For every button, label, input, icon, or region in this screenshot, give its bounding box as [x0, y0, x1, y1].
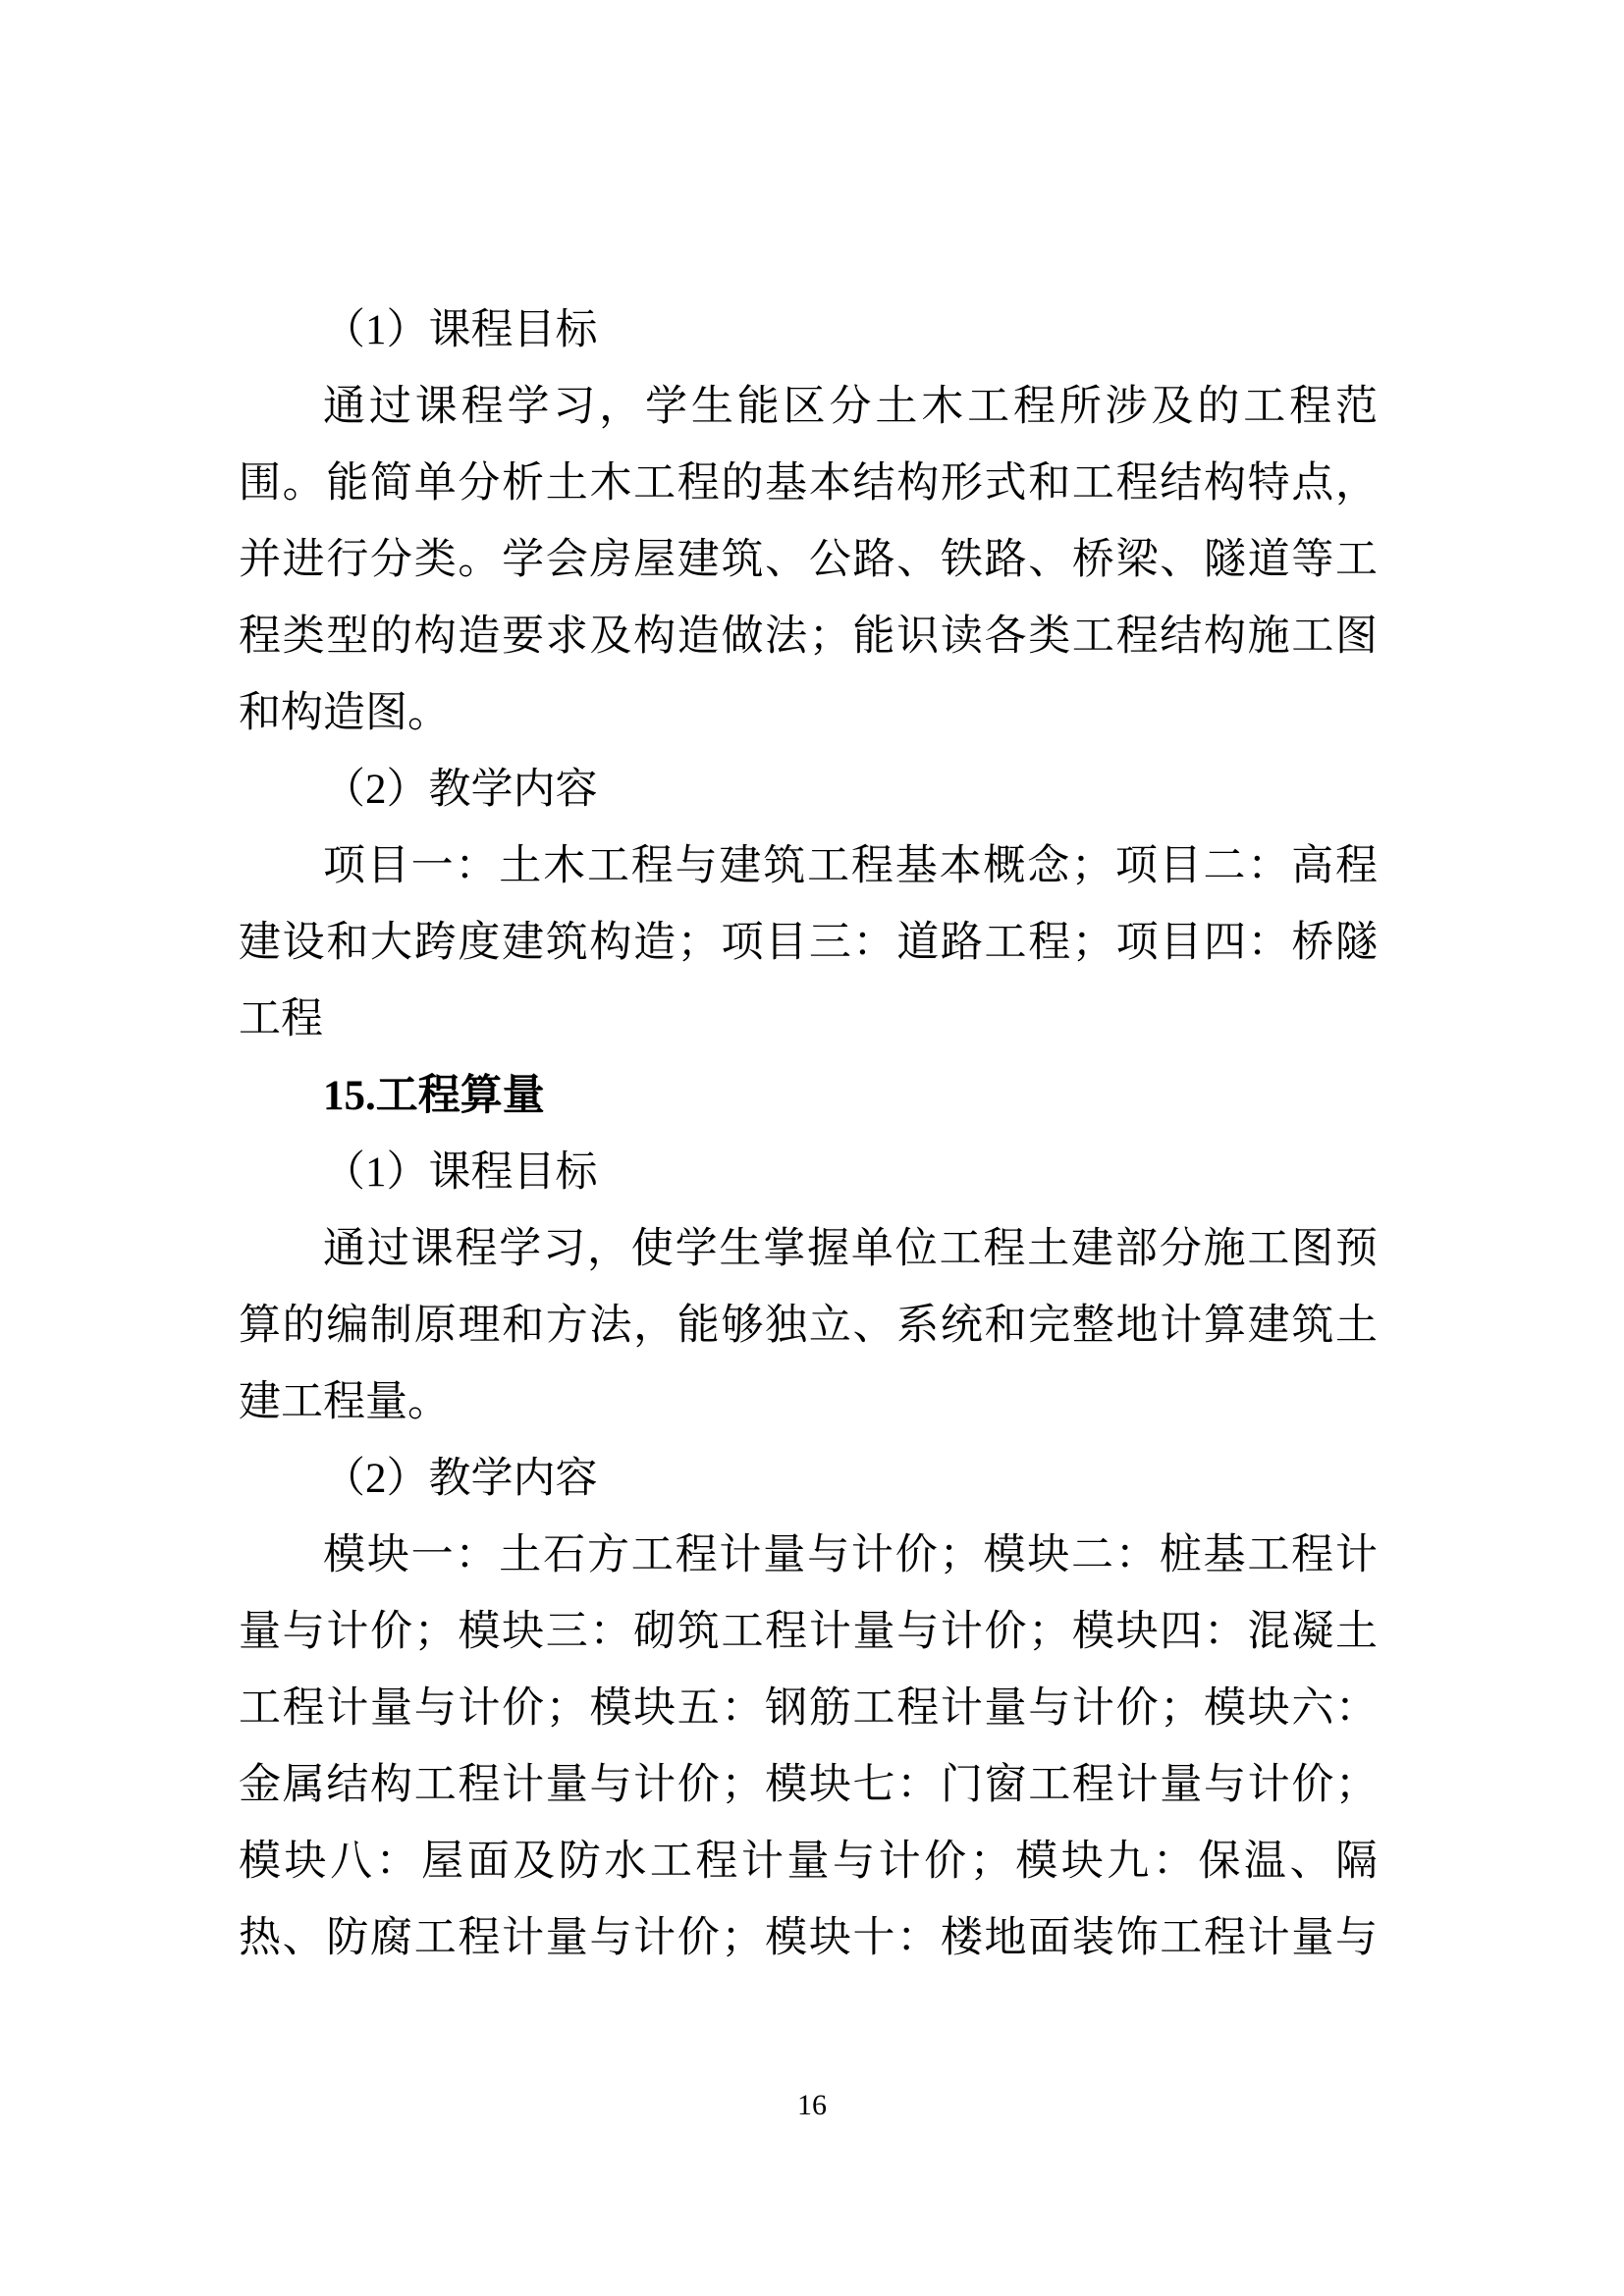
text-line: 金属结构工程计量与计价；模块七：门窗工程计量与计价；: [239, 1747, 1378, 1824]
text-line: 工程计量与计价；模块五：钢筋工程计量与计价；模块六：: [239, 1671, 1378, 1747]
text-line: 并进行分类。学会房屋建筑、公路、铁路、桥梁、隧道等工: [239, 522, 1378, 599]
text-line: （2）教学内容: [239, 1441, 1378, 1518]
text-line: 模块八：屋面及防水工程计量与计价；模块九：保温、隔: [239, 1824, 1378, 1900]
text-line: 热、防腐工程计量与计价；模块十：楼地面装饰工程计量与: [239, 1900, 1378, 1977]
text-line: 工程: [239, 982, 1378, 1058]
text-line: （2）教学内容: [239, 752, 1378, 828]
text-line: 量与计价；模块三：砌筑工程计量与计价；模块四：混凝土: [239, 1594, 1378, 1671]
text-line: 通过课程学习，学生能区分土木工程所涉及的工程范: [239, 369, 1378, 446]
document-page: （1）课程目标通过课程学习，学生能区分土木工程所涉及的工程范围。能简单分析土木工…: [0, 0, 1624, 2296]
text-line: （1）课程目标: [239, 293, 1378, 369]
text-line: 建设和大跨度建筑构造；项目三：道路工程；项目四：桥隧: [239, 905, 1378, 982]
text-line: 通过课程学习，使学生掌握单位工程土建部分施工图预: [239, 1211, 1378, 1288]
page-footer: 16: [0, 2087, 1624, 2124]
text-line: 项目一：土木工程与建筑工程基本概念；项目二：高程: [239, 828, 1378, 905]
text-line: 程类型的构造要求及构造做法；能识读各类工程结构施工图: [239, 599, 1378, 675]
text-line: 围。能简单分析土木工程的基本结构形式和工程结构特点，: [239, 446, 1378, 522]
page-number: 16: [797, 2089, 827, 2121]
text-line: 建工程量。: [239, 1364, 1378, 1441]
section-heading-line: 15.工程算量: [239, 1058, 1378, 1135]
document-body: （1）课程目标通过课程学习，学生能区分土木工程所涉及的工程范围。能简单分析土木工…: [239, 293, 1378, 1977]
text-line: （1）课程目标: [239, 1135, 1378, 1211]
text-line: 模块一：土石方工程计量与计价；模块二：桩基工程计: [239, 1518, 1378, 1594]
text-line: 和构造图。: [239, 675, 1378, 752]
text-line: 算的编制原理和方法，能够独立、系统和完整地计算建筑土: [239, 1288, 1378, 1364]
